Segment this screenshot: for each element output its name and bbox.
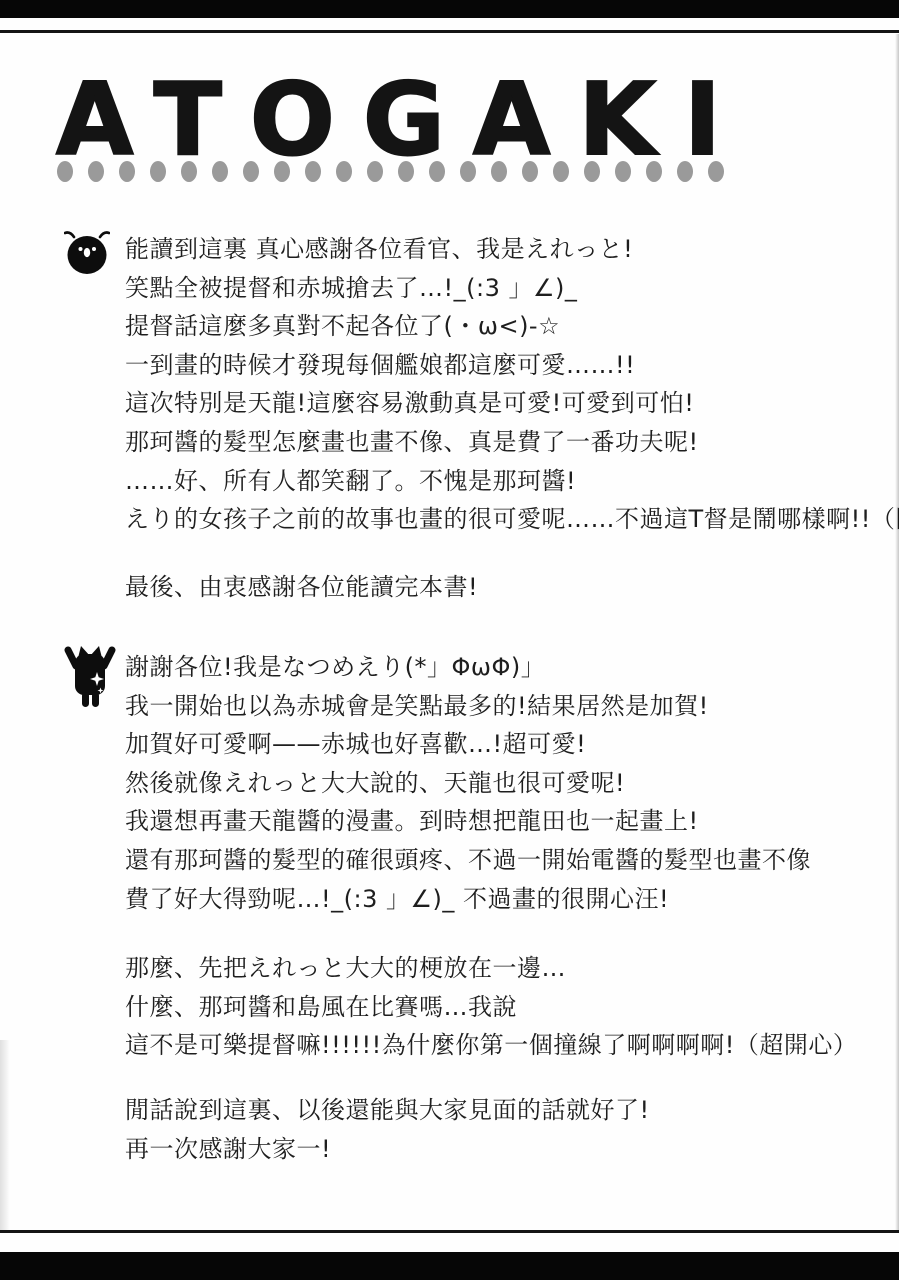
- dot: [57, 161, 73, 182]
- text-line: 那珂醬的髮型怎麼畫也畫不像、真是費了一番功夫呢!: [125, 423, 899, 462]
- text-line: 那麼、先把えれっと大大的梗放在一邊…: [125, 949, 857, 988]
- text-line: 加賀好可愛啊——赤城也好喜歡…!超可愛!: [125, 725, 857, 764]
- dot: [677, 161, 693, 182]
- text-line: えり的女孩子之前的故事也畫的很可愛呢……不過這T督是鬧哪樣啊!!（開心: [125, 500, 899, 539]
- section-2: 謝謝各位!我是なつめえり(*」ΦωΦ)」 我一開始也以為赤城會是笑點最多的!結果…: [125, 648, 857, 1168]
- blob-mascot-icon: [64, 228, 110, 280]
- dot: [398, 161, 414, 182]
- dot: [119, 161, 135, 182]
- top-rule: [0, 30, 899, 33]
- cat-mascot-icon: [64, 644, 116, 712]
- bottom-rule: [0, 1230, 899, 1233]
- dot: [646, 161, 662, 182]
- dot: [615, 161, 631, 182]
- top-border-bar: [0, 0, 899, 18]
- scanned-afterword-page: ATOGAKI 能讀到這裏 真心感謝各位看官、我是えれっと! 笑點全被提督和赤城…: [0, 0, 899, 1280]
- text-line: 什麼、那珂醬和島風在比賽嗎…我說: [125, 988, 857, 1027]
- text-line: 笑點全被提督和赤城搶去了…!_(:3 」∠)_: [125, 269, 899, 308]
- dot: [553, 161, 569, 182]
- scan-shadow-left: [0, 1040, 10, 1230]
- dot: [584, 161, 600, 182]
- dot: [491, 161, 507, 182]
- section-1: 能讀到這裏 真心感謝各位看官、我是えれっと! 笑點全被提督和赤城搶去了…!_(:…: [125, 230, 899, 606]
- dot: [243, 161, 259, 182]
- dot: [429, 161, 445, 182]
- scan-shadow-right: [895, 34, 899, 1230]
- text-line: 我還想再畫天龍醬的漫畫。到時想把龍田也一起畫上!: [125, 802, 857, 841]
- text-line: 我一開始也以為赤城會是笑點最多的!結果居然是加賀!: [125, 687, 857, 726]
- text-line: 這不是可樂提督嘛!!!!!!為什麼你第一個撞線了啊啊啊啊!（超開心）: [125, 1026, 857, 1065]
- dot: [460, 161, 476, 182]
- dot: [181, 161, 197, 182]
- text-line: 再一次感謝大家一!: [125, 1130, 857, 1169]
- text-line: 能讀到這裏 真心感謝各位看官、我是えれっと!: [125, 230, 899, 269]
- dot: [336, 161, 352, 182]
- text-line: 費了好大得勁呢…!_(:3 」∠)_ 不過畫的很開心汪!: [125, 880, 857, 919]
- dot: [88, 161, 104, 182]
- dot: [212, 161, 228, 182]
- dot: [150, 161, 166, 182]
- text-line: 最後、由衷感謝各位能讀完本書!: [125, 568, 899, 607]
- text-line: 提督話這麼多真對不起各位了(・ω<)-☆: [125, 307, 899, 346]
- text-line: 謝謝各位!我是なつめえり(*」ΦωΦ)」: [125, 648, 857, 687]
- text-line: 還有那珂醬的髮型的確很頭疼、不過一開始電醬的髮型也畫不像: [125, 841, 857, 880]
- dot: [522, 161, 538, 182]
- dot: [274, 161, 290, 182]
- text-line: 然後就像えれっと大大說的、天龍也很可愛呢!: [125, 764, 857, 803]
- dots-divider: [57, 161, 724, 182]
- bottom-border-bar: [0, 1252, 899, 1280]
- text-line: 閒話說到這裏、以後還能與大家見面的話就好了!: [125, 1091, 857, 1130]
- dot: [708, 161, 724, 182]
- dot: [367, 161, 383, 182]
- text-line: 這次特別是天龍!這麼容易激動真是可愛!可愛到可怕!: [125, 384, 899, 423]
- text-line: 一到畫的時候才發現每個艦娘都這麼可愛……!!: [125, 346, 899, 385]
- text-line: ……好、所有人都笑翻了。不愧是那珂醬!: [125, 462, 899, 501]
- page-title: ATOGAKI: [56, 70, 749, 170]
- dot: [305, 161, 321, 182]
